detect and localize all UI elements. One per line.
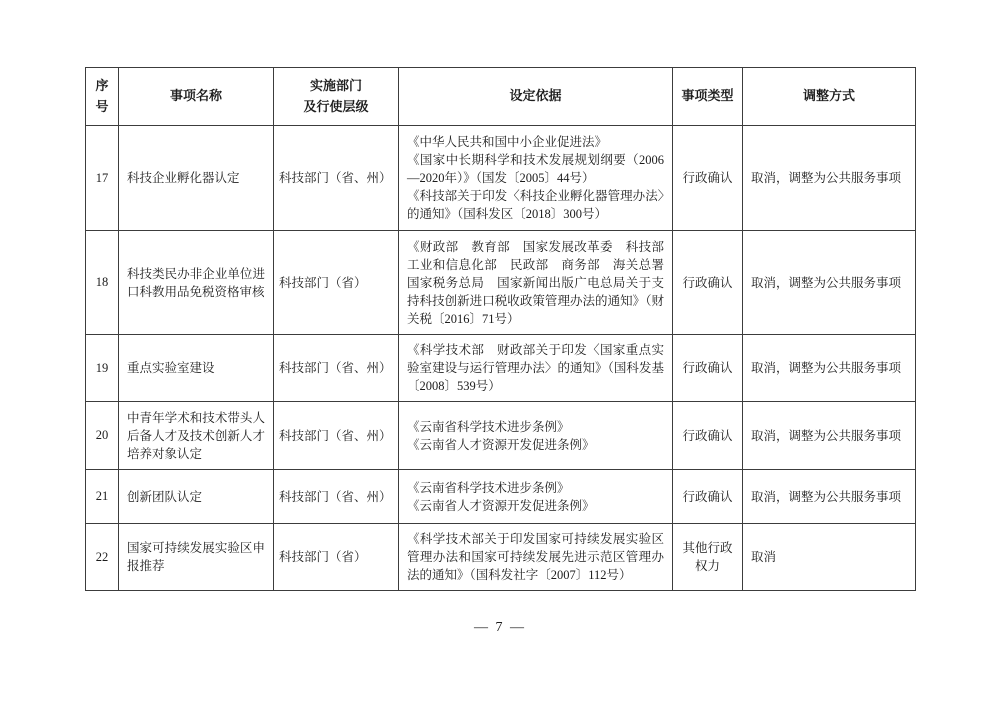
adjust-cell: 取消，调整为公共服务事项: [743, 126, 916, 231]
basis-citation: 《财政部 教育部 国家发展改革委 科技部 工业和信息化部 民政部 商务部 海关总…: [407, 238, 664, 328]
page-number: — 7 —: [85, 620, 915, 636]
basis-citation: 《云南省人才资源开发促进条例》: [407, 436, 664, 454]
adjust-cell: 取消，调整为公共服务事项: [743, 231, 916, 335]
header-dept-level: 实施部门 及行使层级: [274, 68, 399, 126]
table-row: 19 重点实验室建设 科技部门（省、州） 《科学技术部 财政部关于印发〈国家重点…: [86, 335, 916, 402]
header-adjust-method: 调整方式: [743, 68, 916, 126]
dept-cell: 科技部门（省、州）: [274, 402, 399, 470]
item-name-cell: 科技企业孵化器认定: [119, 126, 274, 231]
item-name-cell: 科技类民办非企业单位进口科教用品免税资格审核: [119, 231, 274, 335]
item-name-cell: 重点实验室建设: [119, 335, 274, 402]
item-name-cell: 创新团队认定: [119, 470, 274, 524]
item-type-cell: 行政确认: [673, 402, 743, 470]
item-name-cell: 国家可持续发展实验区申报推荐: [119, 524, 274, 591]
adjust-cell: 取消，调整为公共服务事项: [743, 470, 916, 524]
approval-items-table: 序 号 事项名称 实施部门 及行使层级 设定依据 事项类型 调整方式 17 科技…: [85, 67, 916, 591]
basis-citation: 《国家中长期科学和技术发展规划纲要（2006—2020年）》（国发〔2005〕4…: [407, 151, 664, 187]
dept-cell: 科技部门（省）: [274, 524, 399, 591]
basis-citation: 《云南省人才资源开发促进条例》: [407, 497, 664, 515]
basis-citation: 《云南省科学技术进步条例》: [407, 418, 664, 436]
seq-cell: 18: [86, 231, 119, 335]
dept-cell: 科技部门（省、州）: [274, 126, 399, 231]
adjust-cell: 取消，调整为公共服务事项: [743, 335, 916, 402]
adjust-cell: 取消，调整为公共服务事项: [743, 402, 916, 470]
basis-cell: 《科学技术部 财政部关于印发〈国家重点实验室建设与运行管理办法〉的通知》（国科发…: [399, 335, 673, 402]
seq-cell: 17: [86, 126, 119, 231]
basis-cell: 《云南省科学技术进步条例》 《云南省人才资源开发促进条例》: [399, 402, 673, 470]
basis-citation: 《科技部关于印发〈科技企业孵化器管理办法〉的通知》（国科发区〔2018〕300号…: [407, 187, 664, 223]
table-row: 18 科技类民办非企业单位进口科教用品免税资格审核 科技部门（省） 《财政部 教…: [86, 231, 916, 335]
table-row: 22 国家可持续发展实验区申报推荐 科技部门（省） 《科学技术部关于印发国家可持…: [86, 524, 916, 591]
basis-cell: 《财政部 教育部 国家发展改革委 科技部 工业和信息化部 民政部 商务部 海关总…: [399, 231, 673, 335]
header-item-name: 事项名称: [119, 68, 274, 126]
basis-citation: 《中华人民共和国中小企业促进法》: [407, 133, 664, 151]
item-type-cell: 行政确认: [673, 335, 743, 402]
document-page: 序 号 事项名称 实施部门 及行使层级 设定依据 事项类型 调整方式 17 科技…: [0, 0, 1000, 707]
basis-citation: 《云南省科学技术进步条例》: [407, 479, 664, 497]
table-header-row: 序 号 事项名称 实施部门 及行使层级 设定依据 事项类型 调整方式: [86, 68, 916, 126]
header-basis: 设定依据: [399, 68, 673, 126]
basis-citation: 《科学技术部关于印发国家可持续发展实验区管理办法和国家可持续发展先进示范区管理办…: [407, 530, 664, 584]
table-row: 17 科技企业孵化器认定 科技部门（省、州） 《中华人民共和国中小企业促进法》 …: [86, 126, 916, 231]
item-type-cell: 行政确认: [673, 126, 743, 231]
basis-citation: 《科学技术部 财政部关于印发〈国家重点实验室建设与运行管理办法〉的通知》（国科发…: [407, 341, 664, 395]
adjust-cell: 取消: [743, 524, 916, 591]
basis-cell: 《云南省科学技术进步条例》 《云南省人才资源开发促进条例》: [399, 470, 673, 524]
dept-cell: 科技部门（省、州）: [274, 470, 399, 524]
seq-cell: 19: [86, 335, 119, 402]
seq-cell: 22: [86, 524, 119, 591]
table-row: 20 中青年学术和技术带头人后备人才及技术创新人才培养对象认定 科技部门（省、州…: [86, 402, 916, 470]
table-row: 21 创新团队认定 科技部门（省、州） 《云南省科学技术进步条例》 《云南省人才…: [86, 470, 916, 524]
item-name-cell: 中青年学术和技术带头人后备人才及技术创新人才培养对象认定: [119, 402, 274, 470]
item-type-cell: 行政确认: [673, 231, 743, 335]
basis-cell: 《中华人民共和国中小企业促进法》 《国家中长期科学和技术发展规划纲要（2006—…: [399, 126, 673, 231]
dept-cell: 科技部门（省）: [274, 231, 399, 335]
header-item-type: 事项类型: [673, 68, 743, 126]
seq-cell: 21: [86, 470, 119, 524]
header-seq: 序 号: [86, 68, 119, 126]
item-type-cell: 其他行政权力: [673, 524, 743, 591]
item-type-cell: 行政确认: [673, 470, 743, 524]
dept-cell: 科技部门（省、州）: [274, 335, 399, 402]
basis-cell: 《科学技术部关于印发国家可持续发展实验区管理办法和国家可持续发展先进示范区管理办…: [399, 524, 673, 591]
seq-cell: 20: [86, 402, 119, 470]
